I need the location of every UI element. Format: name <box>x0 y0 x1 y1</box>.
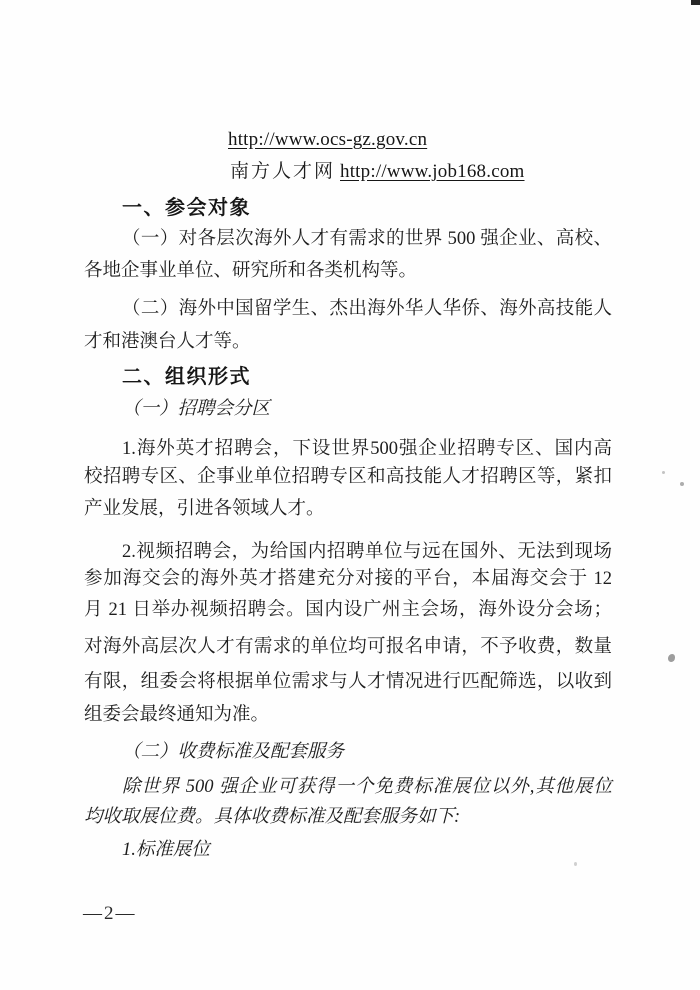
section2-para1-line3: 产业发展，引进各领域人才。 <box>84 497 325 521</box>
scan-artifact-speck <box>668 654 675 662</box>
section2-para2-line6: 组委会最终通知为准。 <box>84 703 269 727</box>
section2-para2-line5: 有限，组委会将根据单位需求与人才情况进行匹配筛选，以收到 <box>84 670 612 694</box>
scan-artifact-speck <box>662 471 665 474</box>
section2-subheading1: （一）招聘会分区 <box>122 397 270 421</box>
section2-para2-line3: 月 21 日举办视频招聘会。国内设广州主会场，海外设分会场； <box>84 598 612 622</box>
scan-artifact-speck <box>680 482 684 486</box>
section2-para1-line2: 校招聘专区、企事业单位招聘专区和高技能人才招聘区等，紧扣 <box>84 465 612 489</box>
document-page: http://www.ocs-gz.gov.cn 南方人才网 http://ww… <box>0 0 700 990</box>
section2-para2-line2: 参加海交会的海外英才搭建充分对接的平台，本届海交会于 12 <box>84 567 612 591</box>
section2-subheading2: （二）收费标准及配套服务 <box>122 740 344 764</box>
ocs-gz-url-text: http://www.ocs-gz.gov.cn <box>228 128 427 152</box>
scan-artifact-speck <box>574 862 577 866</box>
section1-para1-line1: （一）对各层次海外人才有需求的世界 500 强企业、高校、 <box>84 227 612 251</box>
section2-para2-line4: 对海外高层次人才有需求的单位均可报名申请，不予收费，数量 <box>84 635 612 659</box>
section2-para1-line1: 1.海外英才招聘会，下设世界500强企业招聘专区、国内高 <box>84 437 612 461</box>
section1-para1-line2: 各地企事业单位、研究所和各类机构等。 <box>84 259 417 283</box>
section2-para3-line1: 除世界 500 强企业可获得一个免费标准展位以外,其他展位 <box>84 775 612 799</box>
job168-url-text: http://www.job168.com <box>340 160 525 184</box>
section1-para2-line2: 才和港澳台人才等。 <box>84 330 251 354</box>
section2-heading: 二、组织形式 <box>122 365 251 389</box>
section1-para2-line1: （二）海外中国留学生、杰出海外华人华侨、海外高技能人 <box>84 297 612 321</box>
page-number: —2— <box>83 902 137 926</box>
site-name-label: 南方人才网 <box>230 160 335 184</box>
section2-para3-line2: 均收取展位费。具体收费标准及配套服务如下: <box>84 805 460 829</box>
section2-para2-line1: 2.视频招聘会，为给国内招聘单位与远在国外、无法到现场 <box>84 540 612 564</box>
section2-para4-heading: 1.标准展位 <box>122 838 210 862</box>
section1-heading: 一、参会对象 <box>122 196 251 220</box>
scan-artifact-corner <box>691 0 700 5</box>
